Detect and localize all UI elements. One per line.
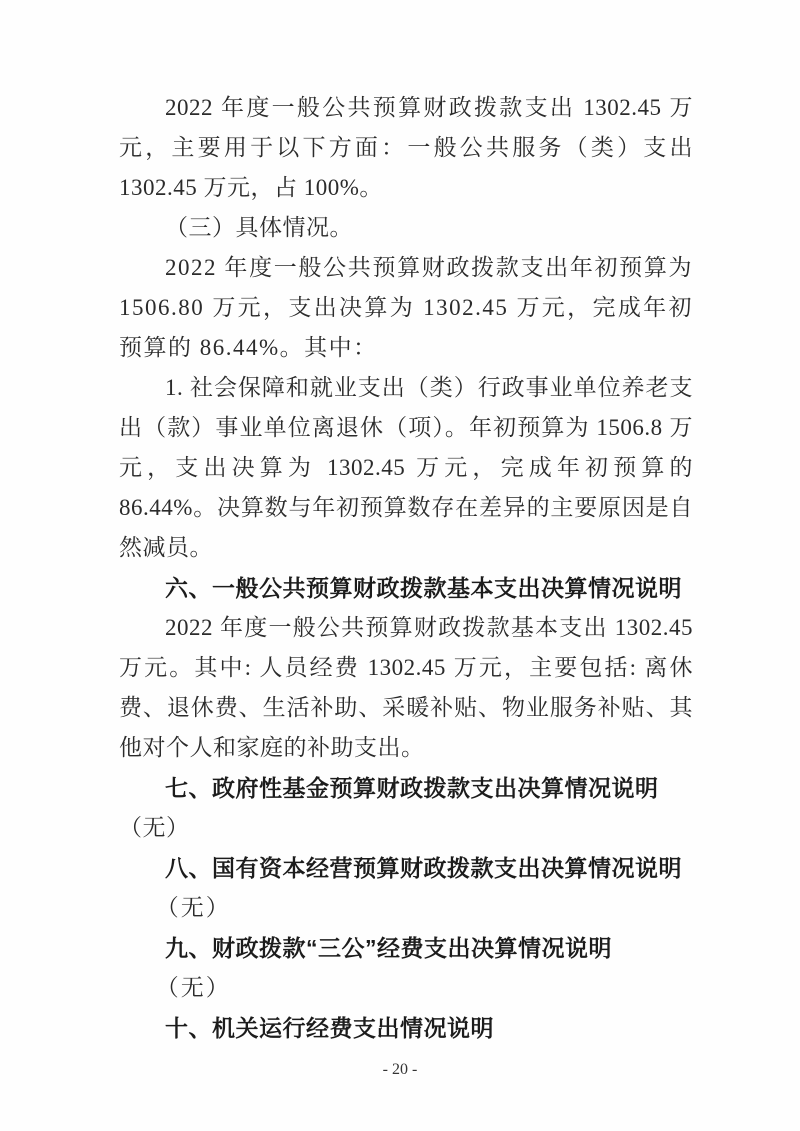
section-heading-eight-state-capital: 八、国有资本经营预算财政拨款支出决算情况说明 bbox=[119, 848, 693, 888]
section-heading-seven-government-fund: 七、政府性基金预算财政拨款支出决算情况说明 bbox=[119, 768, 693, 808]
document-body: 2022 年度一般公共预算财政拨款支出 1302.45 万元，主要用于以下方面：… bbox=[119, 88, 693, 1048]
paragraph-initial-budget-summary: 2022 年度一般公共预算财政拨款支出年初预算为 1506.80 万元，支出决算… bbox=[119, 248, 693, 368]
section-heading-six-basic-expenditure: 六、一般公共预算财政拨款基本支出决算情况说明 bbox=[119, 568, 693, 608]
paragraph-social-security-item: 1. 社会保障和就业支出（类）行政事业单位养老支出（款）事业单位离退休（项）。年… bbox=[119, 368, 693, 568]
document-page: 2022 年度一般公共预算财政拨款支出 1302.45 万元，主要用于以下方面：… bbox=[0, 0, 800, 1131]
none-indicator-seven: （无） bbox=[119, 808, 693, 848]
paragraph-general-budget-expenditure: 2022 年度一般公共预算财政拨款支出 1302.45 万元，主要用于以下方面：… bbox=[119, 88, 693, 208]
none-indicator-eight: （无） bbox=[119, 888, 693, 928]
page-number: - 20 - bbox=[0, 1061, 800, 1079]
section-heading-ten-operating-expenses: 十、机关运行经费支出情况说明 bbox=[119, 1008, 693, 1048]
section-heading-nine-three-public-funds: 九、财政拨款“三公”经费支出决算情况说明 bbox=[119, 928, 693, 968]
paragraph-specific-situation-label: （三）具体情况。 bbox=[119, 208, 693, 248]
paragraph-basic-expenditure-detail: 2022 年度一般公共预算财政拨款基本支出 1302.45 万元。其中: 人员经… bbox=[119, 608, 693, 768]
none-indicator-nine: （无） bbox=[119, 968, 693, 1008]
